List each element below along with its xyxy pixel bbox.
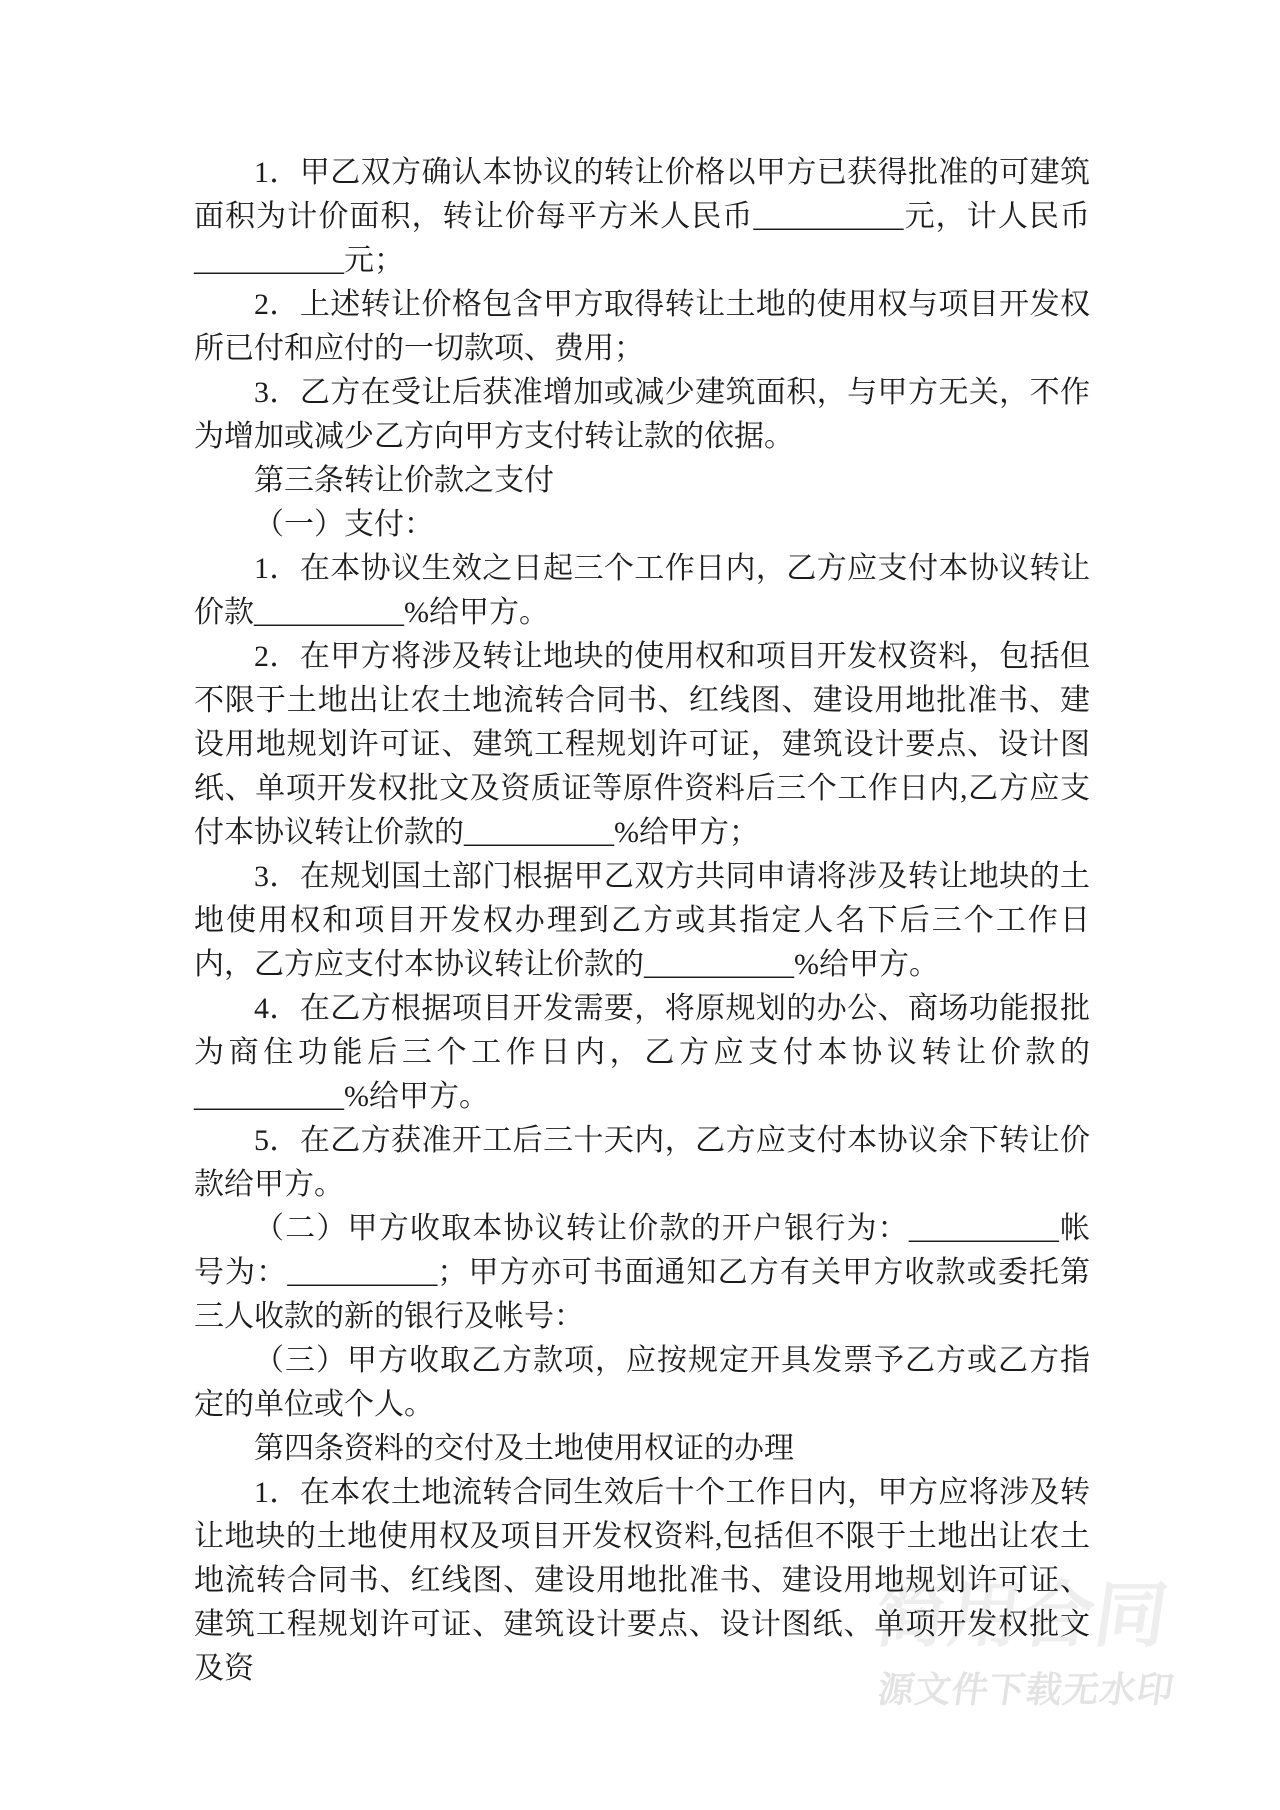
clause-document-delivery: 1．在本农土地流转合同生效后十个工作日内，甲方应将涉及转让地块的土地使用权及项目… — [194, 1471, 1090, 1691]
clause-price-confirmation: 1．甲乙双方确认本协议的转让价格以甲方已获得批准的可建筑面积为计价面积，转让价每… — [194, 151, 1090, 283]
payment-item-1: 1．在本协议生效之日起三个工作日内，乙方应支付本协议转让价款__________… — [194, 547, 1090, 635]
heading-article-three: 第三条转让价款之支付 — [194, 459, 1090, 503]
clause-area-change: 3．乙方在受让后获准增加或减少建筑面积，与甲方无关，不作为增加或减少乙方向甲方支… — [194, 371, 1090, 459]
contract-body: 1．甲乙双方确认本协议的转让价格以甲方已获得批准的可建筑面积为计价面积，转让价每… — [194, 151, 1090, 1691]
payment-item-5: 5．在乙方获准开工后三十天内，乙方应支付本协议余下转让价款给甲方。 — [194, 1119, 1090, 1207]
clause-invoice: （三）甲方收取乙方款项，应按规定开具发票予乙方或乙方指定的单位或个人。 — [194, 1339, 1090, 1427]
contract-page: 简用合同 源文件下载无水印 1．甲乙双方确认本协议的转让价格以甲方已获得批准的可… — [0, 0, 1280, 1810]
clause-bank-account: （二）甲方收取本协议转让价款的开户银行为：__________帐号为：_____… — [194, 1207, 1090, 1339]
payment-item-4: 4．在乙方根据项目开发需要，将原规划的办公、商场功能报批为商住功能后三个工作日内… — [194, 987, 1090, 1119]
payment-item-2: 2．在甲方将涉及转让地块的使用权和项目开发权资料，包括但不限于土地出让农土地流转… — [194, 635, 1090, 855]
subheading-payment: （一）支付： — [194, 503, 1090, 547]
heading-article-four: 第四条资料的交付及土地使用权证的办理 — [194, 1427, 1090, 1471]
payment-item-3: 3．在规划国土部门根据甲乙双方共同申请将涉及转让地块的土地使用权和项目开发权办理… — [194, 855, 1090, 987]
clause-price-inclusions: 2．上述转让价格包含甲方取得转让土地的使用权与项目开发权所已付和应付的一切款项、… — [194, 283, 1090, 371]
